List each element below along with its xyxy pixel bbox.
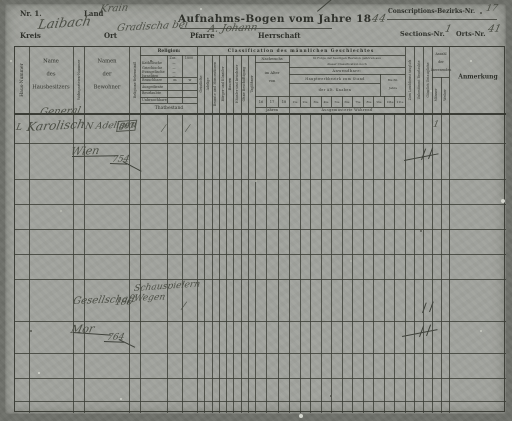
grid-line <box>289 83 380 84</box>
religion-sub-header: Brauchbare <box>142 78 162 82</box>
classification-rot-col-5: Bauern <box>228 78 232 90</box>
grid-line <box>342 96 343 107</box>
grid-line <box>289 74 405 75</box>
grid-line <box>289 96 405 97</box>
classification-rot-col-6: Häusler und Inwohner <box>235 65 239 103</box>
grid-line <box>310 113 311 413</box>
grid-line <box>15 378 506 379</box>
col-header-religion-rotated: Religions-Bekenntniß <box>133 62 137 99</box>
religion-sub-m: m <box>173 78 176 82</box>
grid-line <box>167 113 168 413</box>
handwritten-row3-note-line2: Wegen <box>133 292 166 304</box>
grid-line <box>289 67 405 68</box>
grid-line <box>255 107 289 108</box>
grid-line <box>331 113 332 413</box>
grid-line <box>331 96 332 107</box>
classification-rot-col-1: Geistliche <box>199 75 203 92</box>
herrschaft-label: Herrschaft <box>258 31 301 40</box>
grid-line <box>255 62 289 63</box>
religion-sub-w: w <box>188 78 191 82</box>
handwritten-year: 44 <box>370 13 387 25</box>
religion-row-1: Katholische <box>142 61 162 65</box>
classification-rot-col-7: Ohne Beschäftigung <box>242 67 246 102</box>
anwendbare-line-4: der ält. Knaben <box>318 88 351 92</box>
grid-line <box>255 96 289 97</box>
anwendbare-side-2: Jahre <box>388 86 396 89</box>
grid-line <box>140 97 197 98</box>
class-cell-5: 5te <box>334 100 339 103</box>
conscription-district-label: Conscriptions-Bezirks-Nr. <box>388 8 475 15</box>
nachwuchs-age-17: 17 <box>270 99 275 103</box>
religion-row-2: Griechische <box>142 66 162 70</box>
handwritten-conscription-number: 17 <box>485 4 499 14</box>
paper-blots <box>0 0 2 2</box>
nachwuchs-mid-2: von <box>269 79 276 83</box>
rot-single-col-3: Gänzlich Untaugliche <box>426 63 430 98</box>
grid-line <box>212 55 213 413</box>
grid-line <box>266 96 267 107</box>
religion-sub-row-3: Unbrauchbare <box>142 98 167 102</box>
col-header-hausbesitzer-3: Hausbesitzers <box>32 84 69 90</box>
nachwuchs-title: Nachwuchs <box>261 56 282 60</box>
class-cell-1: 1te <box>292 100 297 103</box>
grid-line <box>29 47 30 413</box>
class-cell-4: 4te <box>324 100 329 103</box>
grid-line <box>321 113 322 413</box>
grid-line <box>380 74 381 96</box>
grid-line <box>15 229 506 230</box>
grid-line <box>15 179 506 180</box>
orts-nr-label: Orts-Nr. <box>456 30 485 38</box>
class-cell-7: 7te <box>356 100 361 103</box>
anmerkung-header: Anmerkung <box>458 74 497 81</box>
grid-line <box>266 113 267 413</box>
religion-thatbestand: Thatbestand <box>154 106 183 111</box>
nachwuchs-mid-1: im Alter <box>265 71 280 75</box>
grid-line <box>248 55 249 413</box>
class-cell-9: 9te <box>377 100 382 103</box>
grid-line <box>394 96 395 107</box>
grid-line <box>373 113 374 413</box>
grid-line <box>384 96 385 107</box>
grid-line <box>321 96 322 107</box>
col-header-bewohner-1: Namen <box>97 58 116 64</box>
class-cell-2: 2te <box>303 100 308 103</box>
anwesende-title-1: Anzahl <box>435 52 446 56</box>
grid-line <box>310 96 311 107</box>
section-label: Sections-Nr. <box>400 30 445 38</box>
col-header-hausbesitzer-2: des <box>46 71 55 77</box>
grid-line <box>449 47 450 413</box>
nachwuchs-age-16: 16 <box>258 99 263 103</box>
grid-line <box>197 55 405 56</box>
religion-sub-row-2: Beurlaubte <box>142 91 161 95</box>
grid-line <box>300 113 301 413</box>
religion-title: Religion: <box>157 49 180 54</box>
grid-line <box>15 279 506 280</box>
class-cell-10: 10te <box>386 100 393 103</box>
grid-line <box>15 401 506 402</box>
grid-line <box>414 47 415 413</box>
col-header-hausbesitzer-1: Name <box>43 58 59 64</box>
grid-line <box>241 55 242 413</box>
handwritten-land-value: Krain <box>99 3 129 15</box>
handwritten-orts-nr-value: 41 <box>487 24 502 35</box>
anwesende-sub-1: Männer <box>434 89 438 102</box>
anwendbare-side-1: Bis 60. <box>387 78 398 81</box>
anwesende-title-3: Anwesenden <box>430 68 451 72</box>
class-cell-6: 6te <box>345 100 350 103</box>
grid-line <box>394 113 395 413</box>
rot-single-col-1: Zum Landdienst tauglich <box>408 60 412 101</box>
grid-line <box>182 113 183 413</box>
grid-line <box>432 77 449 78</box>
grid-line <box>289 55 290 413</box>
handwritten-pfarre-value: A. Johann <box>207 22 259 35</box>
grid-line <box>204 55 205 413</box>
grid-line <box>352 96 353 107</box>
grid-line <box>373 96 374 107</box>
grid-line <box>140 55 197 56</box>
class-cell-3: 3te <box>313 100 318 103</box>
grid-line <box>140 47 141 413</box>
grid-line <box>226 55 227 413</box>
grid-line <box>289 107 405 108</box>
classification-rot-col-3: Beamte und Honoratioren <box>213 62 217 107</box>
grid-line <box>15 254 506 255</box>
classification-rot-col-4: Bürger und Künstler <box>221 66 225 101</box>
grid-line <box>405 47 406 413</box>
grid-line <box>73 47 74 413</box>
anwendbare-bottom: Ausgemusterte Während <box>322 108 373 112</box>
col-header-bewohner-3: Bewohner <box>93 84 120 90</box>
grid-line <box>15 353 506 354</box>
religion-sub-row-1: Ausgediente <box>142 85 163 89</box>
grid-line <box>363 113 364 413</box>
handwritten-row3-number: 186 <box>114 297 133 308</box>
anwendbare-line-3: Hauptwerbbezirk zum Stand <box>305 77 365 81</box>
class-cell-8: 8te <box>366 100 371 103</box>
grid-line <box>342 113 343 413</box>
grid-line <box>129 47 130 413</box>
grid-line <box>15 204 506 205</box>
grid-line <box>363 96 364 107</box>
anwesende-title-2: der <box>438 60 443 64</box>
col-header-wohnpartei: Wohnparteien-Nummer <box>77 60 81 100</box>
class-cell-11: 11te <box>397 100 404 103</box>
grid-line <box>441 77 442 413</box>
grid-line <box>278 96 279 107</box>
grid-line <box>140 90 197 91</box>
classification-rot-col-8: Taglöhner <box>250 75 254 92</box>
religion-col-zus: Zus. <box>170 56 177 60</box>
classification-rot-col-2: Adelige <box>206 78 210 91</box>
rot-single-col-2: Unbestimmt Beurlaubte <box>417 60 421 99</box>
grid-line <box>233 55 234 413</box>
anwendbare-label: Anwendbare: <box>332 68 361 72</box>
nachwuchs-age-18: 18 <box>281 99 286 103</box>
classification-title: Classification des männlichen Geschlecht… <box>228 49 375 54</box>
grid-line <box>84 47 85 413</box>
grid-line <box>278 113 279 413</box>
religion-dash-2: — <box>172 66 175 70</box>
form-number: Nr. 1. <box>20 9 42 18</box>
grid-line <box>300 96 301 107</box>
anwesende-sub-2: Weiber <box>443 89 447 100</box>
handwritten-row1-owner-line1: General <box>39 106 82 118</box>
grid-line <box>140 103 197 104</box>
col-header-haus-nr: Haus-Nummer <box>20 63 25 97</box>
grid-line <box>423 47 424 413</box>
anwendbare-note-1: In Folge der heurigen Revision gehören a… <box>313 56 381 59</box>
grid-line <box>255 55 256 413</box>
grid-line <box>384 113 385 413</box>
col-header-bewohner-2: der <box>102 71 111 77</box>
religion-col-year: 1800 <box>185 56 193 60</box>
grid-line <box>197 47 198 413</box>
conscription-underline <box>387 19 497 20</box>
religion-dash-1: — <box>172 61 175 65</box>
document-title-text: Aufnahms-Bogen vom Jahre 18 <box>178 13 372 25</box>
grid-line <box>219 55 220 413</box>
grid-line <box>140 83 197 84</box>
grid-line <box>432 47 433 413</box>
grid-line <box>352 113 353 413</box>
grid-line <box>140 77 197 78</box>
nachwuchs-jahren: Jahren <box>266 108 278 112</box>
handwritten-row1-number: 803 <box>116 120 138 132</box>
anwendbare-note-2: dieser Classification noch <box>327 62 367 65</box>
scanned-document-page: Nr. 1. Land Krain Aufnahms-Bogen vom Jah… <box>0 0 512 421</box>
census-table: Haus-Nummer Name des Hausbesitzers Wohnp… <box>14 46 505 412</box>
